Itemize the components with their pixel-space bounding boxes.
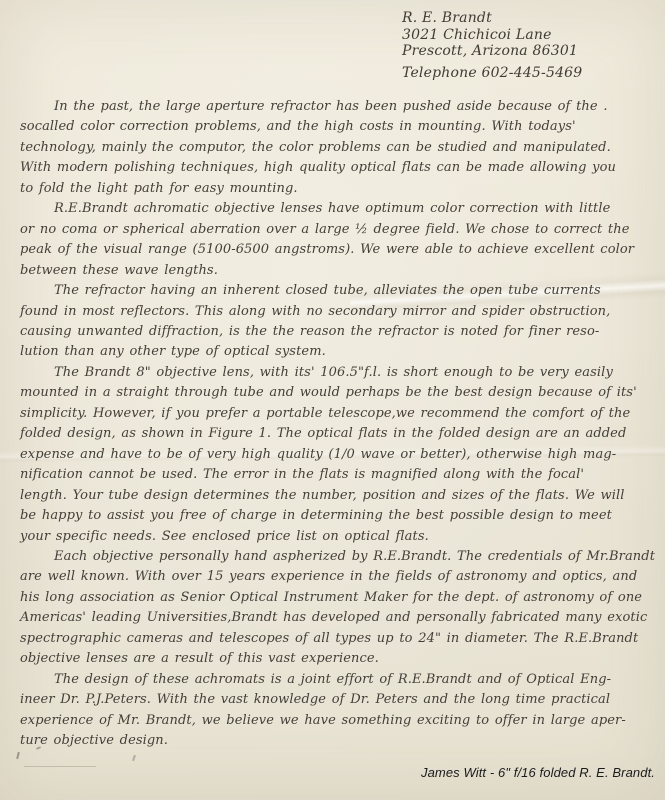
letterhead-telephone: Telephone 602-445-5469: [402, 65, 582, 82]
letterhead-name: R. E. Brandt: [402, 10, 582, 27]
letterhead: R. E. Brandt 3021 Chichicoi Lane Prescot…: [402, 10, 582, 81]
letter-paragraph-achromatic-lenses: R.E.Brandt achromatic objective lenses h…: [20, 199, 656, 281]
letter-paragraph-folded-design: The Brandt 8" objective lens, with its' …: [20, 363, 656, 547]
letter-body: In the past, the large aperture refracto…: [20, 97, 656, 752]
pencil-underline: [24, 766, 96, 767]
letterhead-address-line1: 3021 Chichicoi Lane: [402, 27, 582, 44]
letter-paragraph-credentials: Each objective personally hand aspherize…: [20, 547, 656, 670]
letter-page: R. E. Brandt 3021 Chichicoi Lane Prescot…: [0, 0, 665, 800]
pencil-stroke: [16, 752, 20, 759]
letter-paragraph-joint-effort: The design of these achromats is a joint…: [20, 670, 656, 752]
letterhead-address-line2: Prescott, Arizona 86301: [402, 43, 582, 60]
letter-paragraph-refractor-tube: The refractor having an inherent closed …: [20, 281, 656, 363]
photo-caption: James Witt - 6" f/16 folded R. E. Brandt…: [421, 765, 655, 780]
pencil-stroke: [132, 755, 136, 761]
letter-paragraph-intro: In the past, the large aperture refracto…: [20, 97, 656, 199]
